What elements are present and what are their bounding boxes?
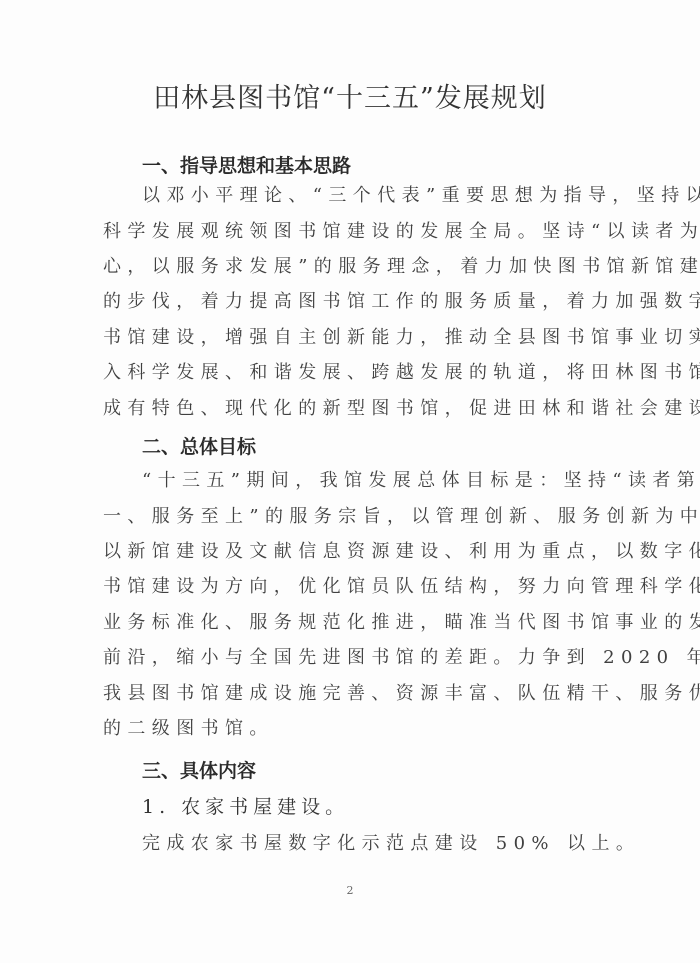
section-heading-2: 二、总体目标 — [142, 432, 256, 459]
section-heading-1: 一、指导思想和基本思路 — [142, 151, 351, 178]
paragraph-line: 以新馆建设及文献信息资源建设、利用为重点，以数字化图 — [103, 537, 583, 563]
page-number: 2 — [0, 884, 700, 897]
paragraph-line: 业务标准化、服务规范化推进，瞄准当代图书馆事业的发展 — [103, 608, 583, 634]
paragraph-line: 我县图书馆建成设施完善、资源丰富、队伍精干、服务优质 — [103, 679, 583, 705]
paragraph-line: 入科学发展、和谐发展、跨越发展的轨道，将田林图书馆建 — [103, 358, 583, 384]
paragraph-line: 完成农家书屋数字化示范点建设 50% 以上。 — [142, 829, 622, 855]
paragraph-line: 书馆建设，增强自主创新能力，推动全县图书馆事业切实转 — [103, 323, 583, 349]
paragraph-line: 一、服务至上”的服务宗旨，以管理创新、服务创新为中心， — [103, 502, 583, 528]
paragraph-line: “十三五”期间，我馆发展总体目标是：坚持“读者第 — [142, 466, 622, 492]
paragraph-line: 心，以服务求发展”的服务理念，着力加快图书馆新馆建设 — [103, 252, 583, 278]
section-heading-3: 三、具体内容 — [142, 756, 256, 783]
subsection-heading: 1. 农家书屋建设。 — [142, 792, 349, 819]
paragraph-line: 的二级图书馆。 — [103, 714, 583, 740]
paragraph-line: 以邓小平理论、“三个代表”重要思想为指导，坚持以 — [142, 181, 622, 207]
paragraph-line: 的步伐，着力提高图书馆工作的服务质量，着力加强数字图 — [103, 287, 583, 313]
paragraph-line: 前沿，缩小与全国先进图书馆的差距。力争到 2020 年，将 — [103, 643, 583, 669]
document-page: 田林县图书馆“十三五”发展规划 一、指导思想和基本思路 以邓小平理论、“三个代表… — [0, 0, 700, 963]
document-title: 田林县图书馆“十三五”发展规划 — [0, 76, 700, 115]
paragraph-line: 书馆建设为方向，优化馆员队伍结构，努力向管理科学化、 — [103, 572, 583, 598]
paragraph-line: 科学发展观统领图书馆建设的发展全局。坚诗“以读者为中 — [103, 217, 583, 243]
paragraph-line: 成有特色、现代化的新型图书馆，促进田林和谐社会建设。 — [103, 394, 583, 420]
